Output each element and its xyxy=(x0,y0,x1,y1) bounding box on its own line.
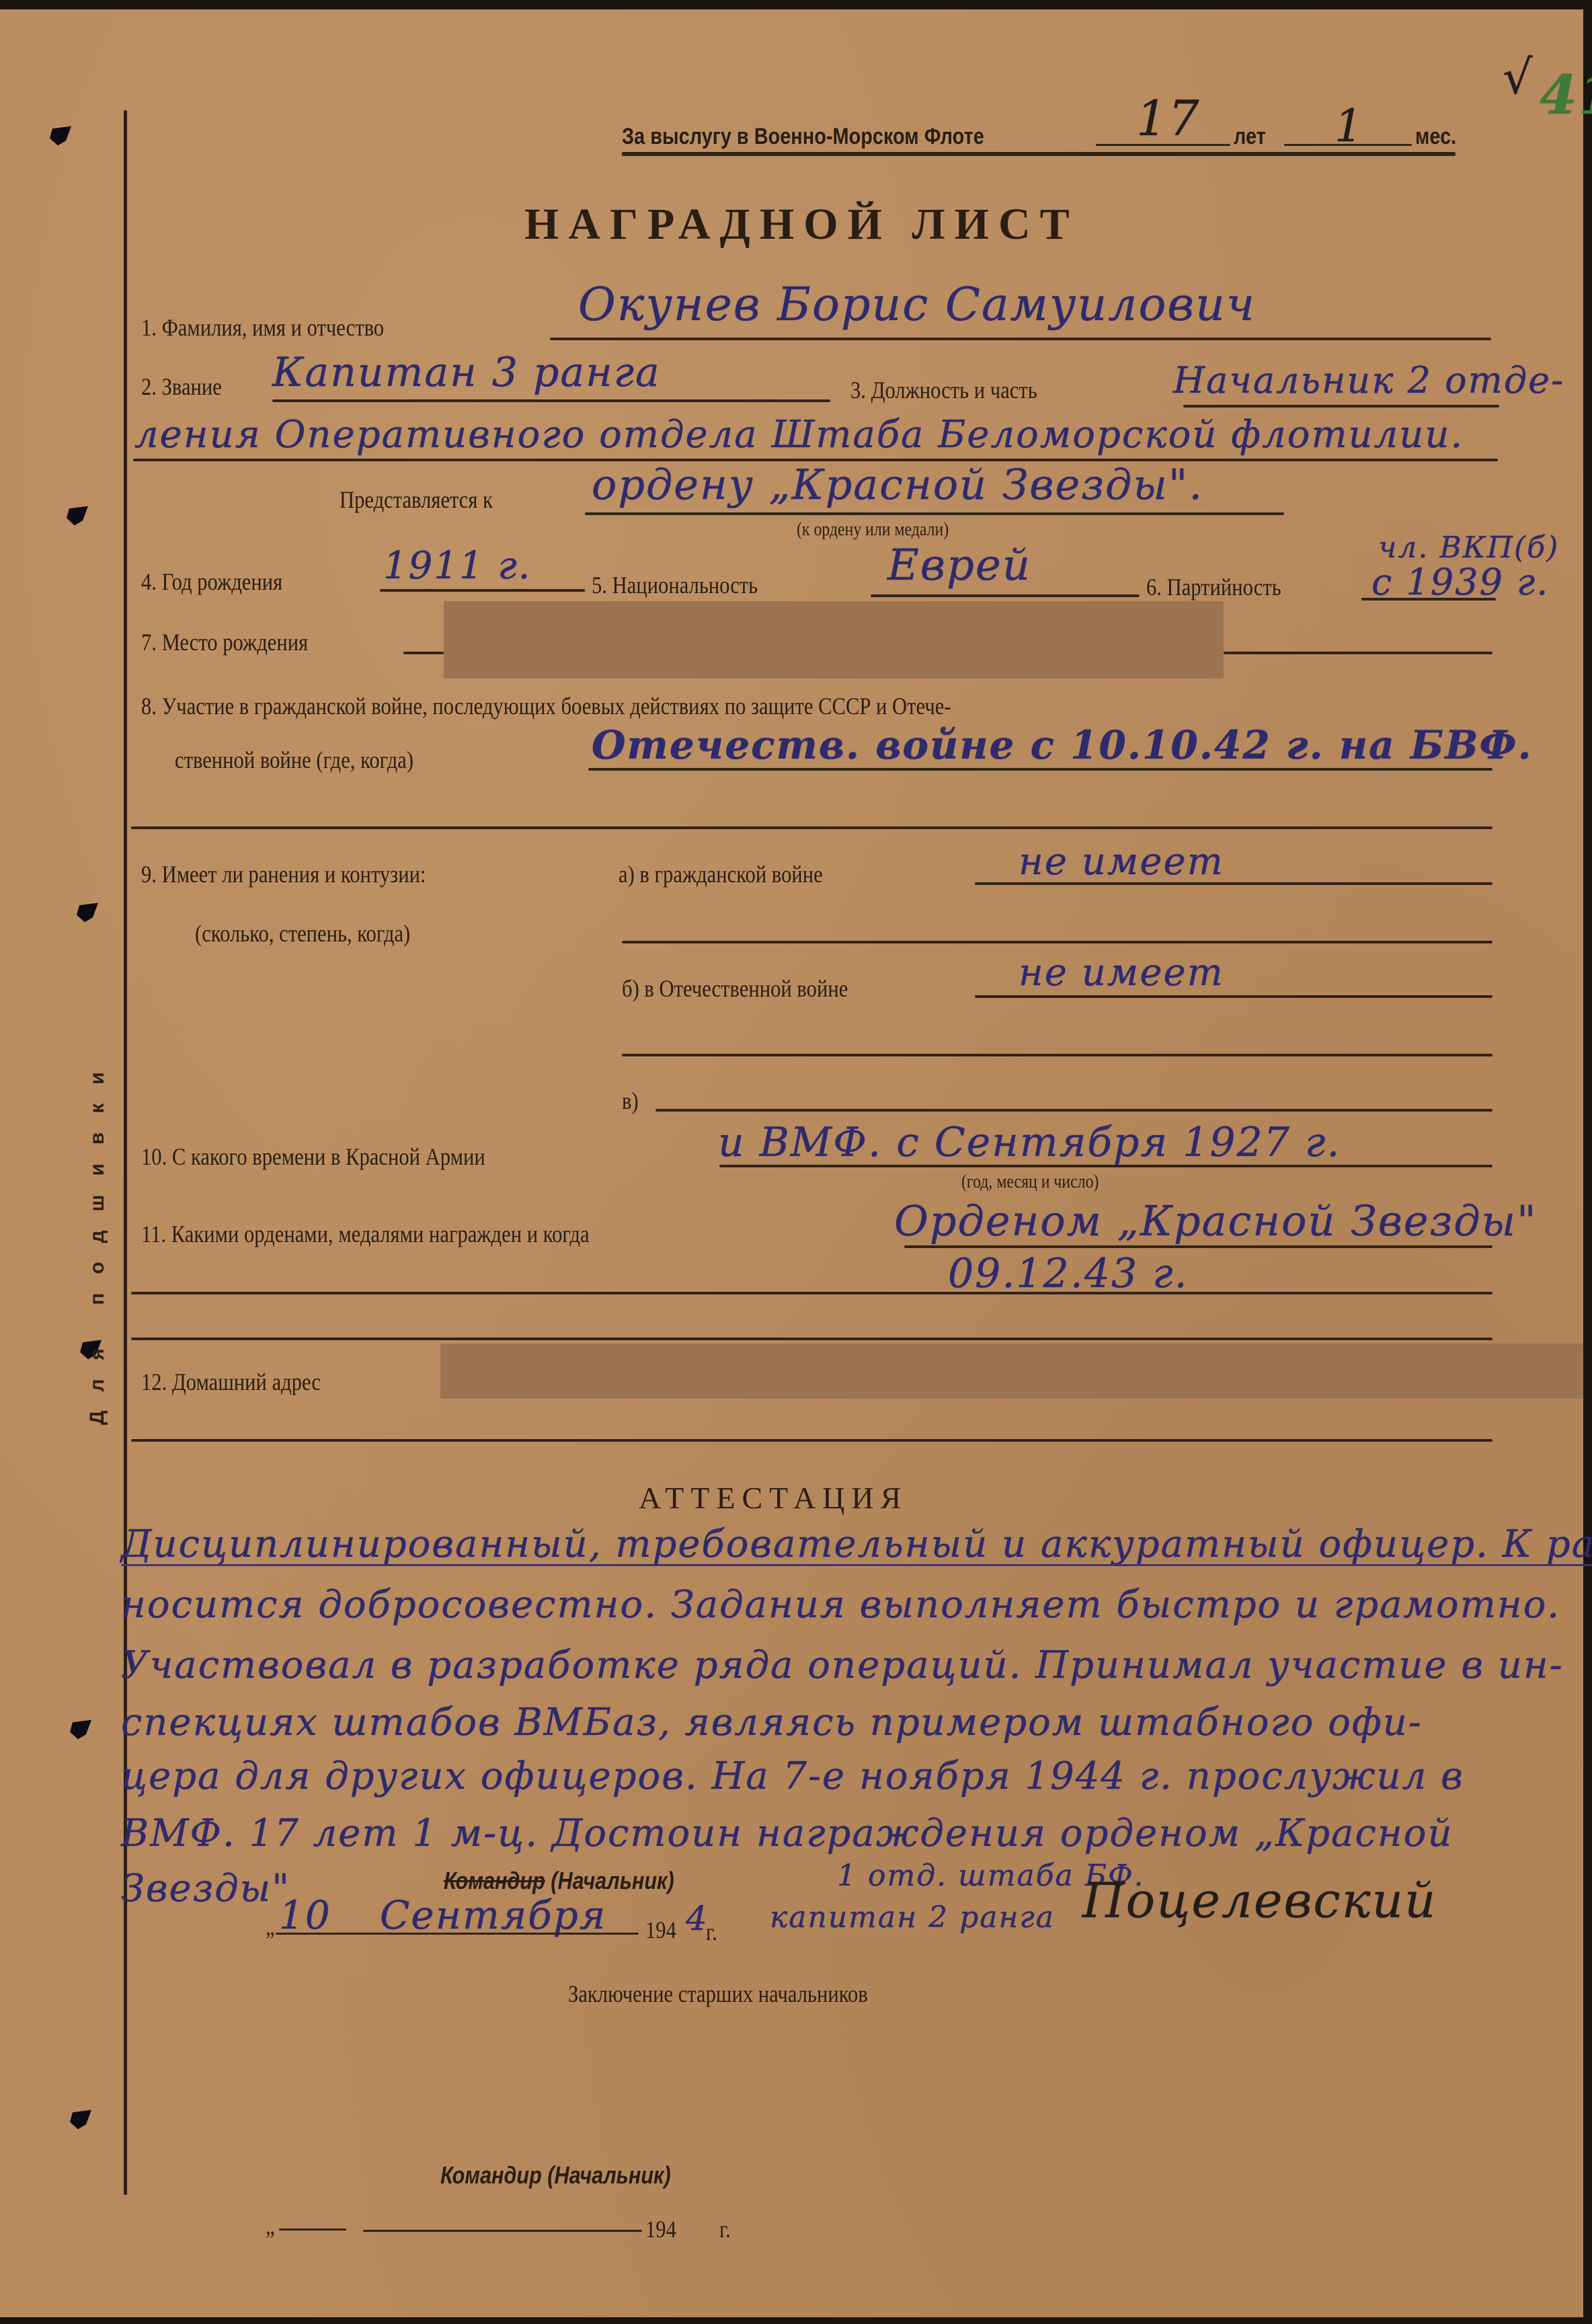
conclusion-date-quote: „ xyxy=(266,2212,275,2240)
field-4-line xyxy=(380,589,585,592)
punch-hole-icon xyxy=(67,1717,94,1742)
field-9b-line xyxy=(975,995,1492,998)
service-label: За выслугу в Военно-Морском Флоте xyxy=(622,124,984,150)
attestation-line: Звезды" xyxy=(121,1867,290,1910)
punch-hole-icon xyxy=(67,2107,94,2132)
field-8-label-line1: 8. Участие в гражданской войне, последую… xyxy=(141,692,951,720)
field-12-label: 12. Домашний адрес xyxy=(141,1368,321,1396)
field-2-line xyxy=(272,399,830,402)
field-9a-label: а) в гражданской войне xyxy=(619,860,823,888)
attestation-date-month: Сентября xyxy=(380,1892,606,1938)
attestation-title: АТТЕСТАЦИЯ xyxy=(639,1480,908,1516)
redacted-birthplace xyxy=(444,601,1224,679)
field-9-label: 9. Имеет ли ранения и контузии: xyxy=(141,860,426,888)
field-7-line-end xyxy=(1224,652,1492,654)
field-10-value: и ВМФ. с Сентября 1927 г. xyxy=(718,1119,1341,1166)
field-1-line xyxy=(550,338,1491,340)
service-months-value: 1 xyxy=(1335,100,1364,152)
conclusion-year-suffix: г. xyxy=(719,2215,731,2243)
field-9c-label: в) xyxy=(622,1087,639,1115)
attestation-date-line xyxy=(276,1933,639,1935)
award-hint: (к ордену или медали) xyxy=(797,519,949,541)
attestation-date: „ xyxy=(266,1912,275,1941)
field-5-label: 5. Национальность xyxy=(592,571,758,599)
field-9a-line xyxy=(975,882,1492,885)
field-10-hint: (год, месяц и число) xyxy=(961,1171,1099,1193)
field-9b-line2 xyxy=(622,1054,1492,1056)
field-9b-label: б) в Отечественной войне xyxy=(622,974,848,1003)
service-years-label: лет xyxy=(1234,124,1266,150)
field-12-line xyxy=(131,1439,1492,1442)
field-11-line xyxy=(904,1245,1492,1248)
attestation-line: Дисциплинированный, требовательный и акк… xyxy=(121,1522,1592,1566)
binding-label: Для подшивки xyxy=(86,1053,109,1425)
attestation-year-hand: 4 xyxy=(686,1899,709,1938)
field-7-label: 7. Место рождения xyxy=(141,628,308,656)
field-9a-line2 xyxy=(622,941,1492,943)
field-9a-value: не имеет xyxy=(1019,840,1224,884)
conclusion-month-line xyxy=(363,2230,642,2232)
field-6-value: с 1939 г. xyxy=(1371,561,1549,603)
punch-hole-icon xyxy=(64,504,91,528)
conclusion-signer-label: Командир (Начальник) xyxy=(440,2161,671,2190)
signer-label: (Начальник) xyxy=(551,1867,674,1894)
archive-number: 411 xyxy=(1540,63,1592,126)
field-10-label: 10. С какого времени в Красной Армии xyxy=(141,1142,485,1171)
field-1-value: Окунев Борис Самуилович xyxy=(578,278,1256,332)
punch-hole-icon xyxy=(47,124,74,148)
field-8-line xyxy=(588,768,1492,771)
field-10-line xyxy=(719,1165,1492,1167)
field-8-label-line2: ственной войне (где, когда) xyxy=(175,746,413,774)
field-6-value-above: чл. ВКП(б) xyxy=(1378,531,1559,565)
signer-label-struck: Командир xyxy=(444,1867,545,1894)
field-4-label: 4. Год рождения xyxy=(141,568,282,596)
field-7-line-start xyxy=(403,652,444,654)
field-1-label: 1. Фамилия, имя и отчество xyxy=(141,313,384,342)
punch-hole-icon xyxy=(74,900,101,925)
field-2-label: 2. Звание xyxy=(141,373,222,401)
attestation-year-prefix: 194 xyxy=(645,1916,676,1944)
attestation-line: носится добросовестно. Задания выполняет… xyxy=(121,1583,1560,1627)
field-11-line2 xyxy=(131,1292,1492,1294)
field-6-label: 6. Партийность xyxy=(1146,573,1281,601)
attestation-line: цера для других офицеров. На 7-е ноября … xyxy=(121,1754,1464,1798)
award-label: Представляется к xyxy=(340,486,493,514)
field-4-value: 1911 г. xyxy=(383,544,531,588)
field-3-value-line1: Начальник 2 отде- xyxy=(1173,359,1564,401)
field-9c-line xyxy=(655,1109,1492,1112)
signature: Поцелевский xyxy=(1082,1872,1437,1929)
field-9-hint: (сколько, степень, когда) xyxy=(195,919,410,947)
conclusion-title: Заключение старших начальников xyxy=(568,1980,868,2008)
redacted-home-address xyxy=(440,1344,1583,1399)
award-line xyxy=(585,512,1284,515)
field-3-line xyxy=(1183,405,1499,408)
attestation-signer-struck: Командир (Начальник) xyxy=(444,1867,674,1895)
field-5-line xyxy=(871,594,1140,597)
attestation-line: спекциях штабов ВМБаз, являясь примером … xyxy=(121,1701,1423,1744)
field-8-line2 xyxy=(131,826,1492,829)
field-3-value-line2: ления Оперативного отдела Штаба Беломорс… xyxy=(134,413,1464,457)
field-9b-value: не имеет xyxy=(1019,951,1224,995)
field-11-label: 11. Какими орденами, медалями награжден … xyxy=(141,1220,590,1248)
field-11-line3 xyxy=(131,1338,1492,1340)
award-sheet-paper: Для подшивки √ 411 За выслугу в Военно-М… xyxy=(0,9,1583,2317)
conclusion-year: 194 xyxy=(645,2215,676,2243)
service-years-value: 17 xyxy=(1136,90,1201,147)
award-value: ордену „Красной Звезды". xyxy=(592,460,1203,509)
attestation-underline xyxy=(121,1564,1592,1566)
page-title: НАГРАДНОЙ ЛИСТ xyxy=(524,199,1079,250)
field-11-value-line1: Орденом „Красной Звезды" xyxy=(894,1196,1538,1245)
checkmark-icon: √ xyxy=(1503,50,1534,105)
signer-rank: капитан 2 ранга xyxy=(770,1900,1055,1935)
attestation-date-day: 10 xyxy=(279,1892,331,1938)
field-8-value: Отечеств. войне с 10.10.42 г. на БВФ. xyxy=(592,722,1533,768)
service-underline xyxy=(622,152,1456,156)
field-5-value: Еврей xyxy=(887,541,1031,590)
field-11-value-line2: 09.12.43 г. xyxy=(948,1250,1189,1297)
field-6-line xyxy=(1361,598,1496,601)
attestation-line: Участвовал в разработке ряда операций. П… xyxy=(121,1643,1564,1687)
attestation-year-suffix: г. xyxy=(706,1918,717,1946)
field-3-label: 3. Должность и часть xyxy=(850,376,1037,404)
attestation-line: ВМФ. 17 лет 1 м-ц. Достоин награждения о… xyxy=(121,1812,1454,1855)
field-2-value: Капитан 3 ранга xyxy=(272,349,661,396)
conclusion-day-line xyxy=(279,2229,346,2231)
service-months-label: мес. xyxy=(1415,124,1456,150)
